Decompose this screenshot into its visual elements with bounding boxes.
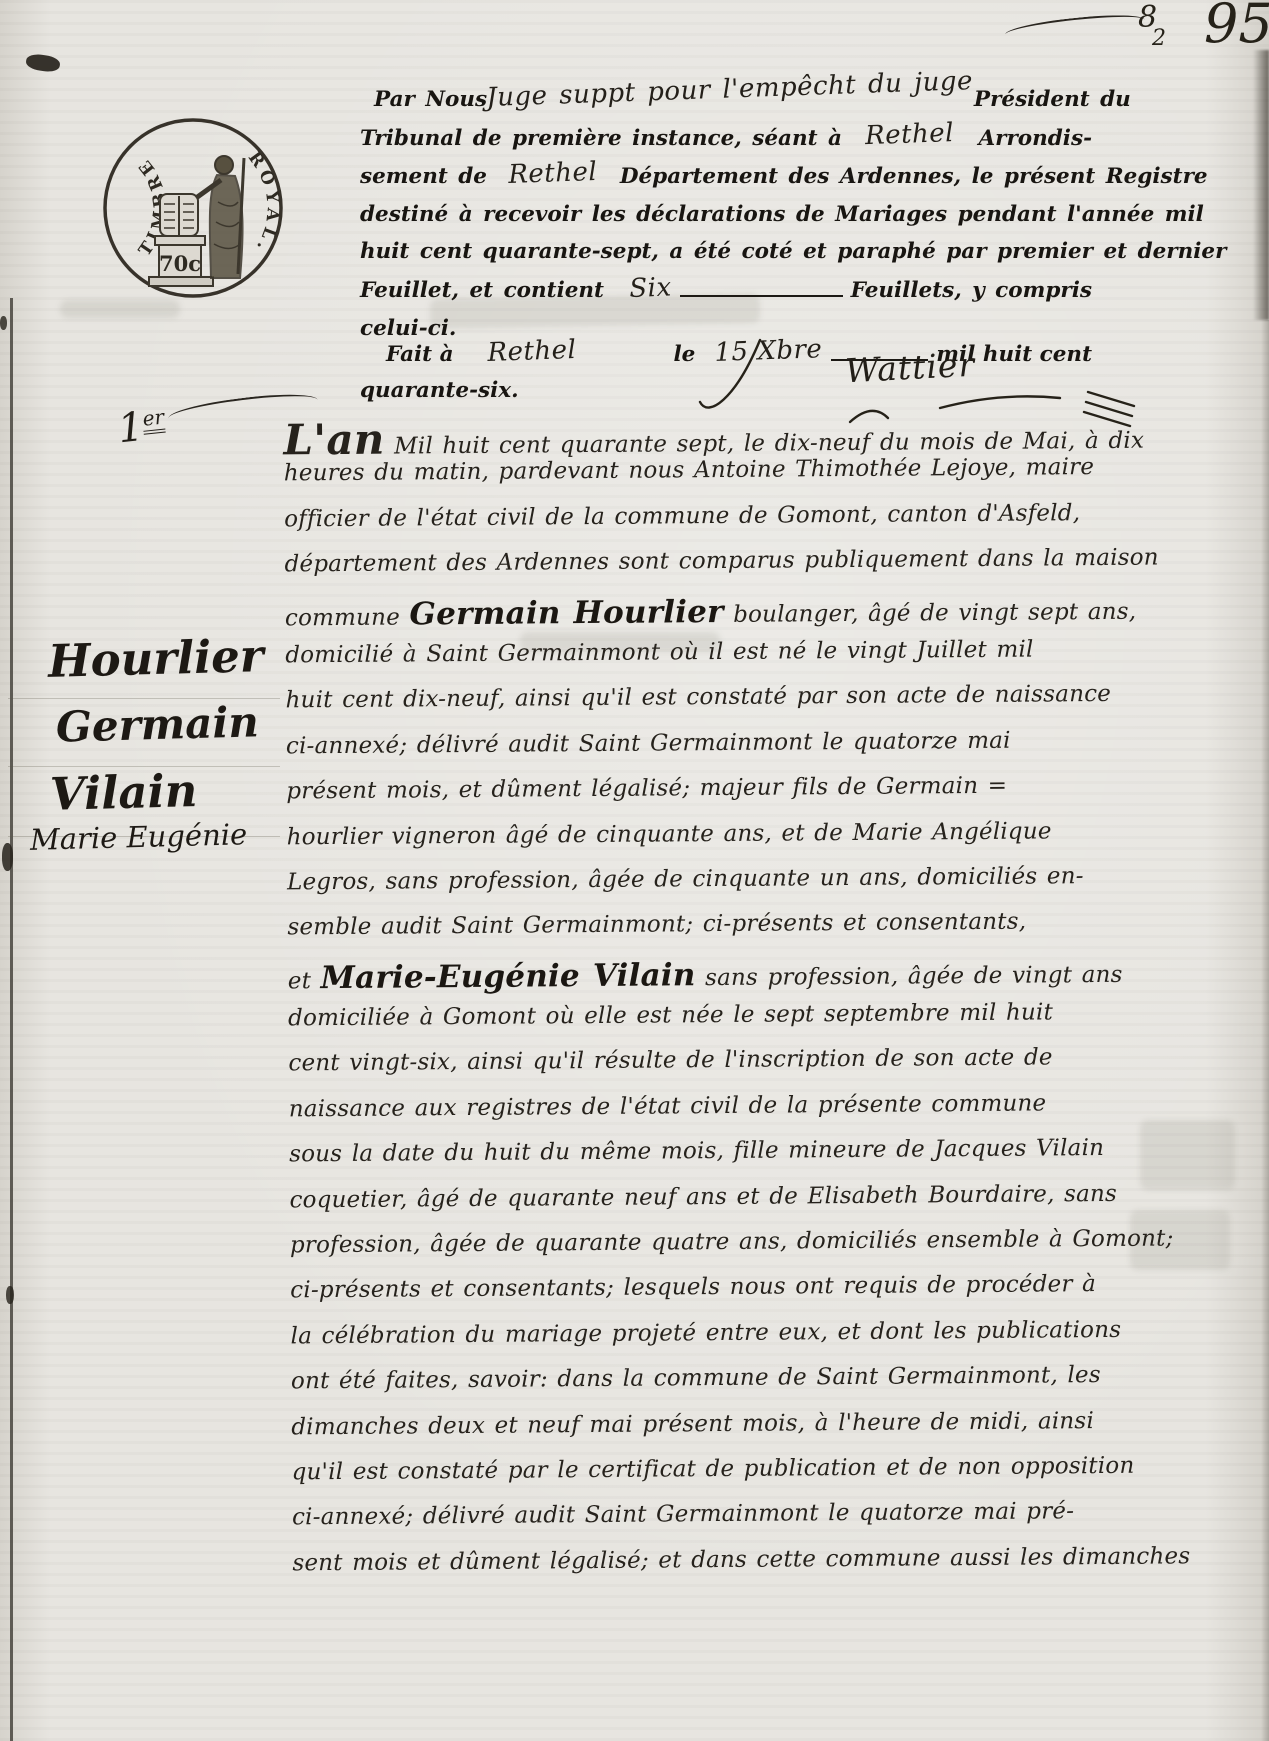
- act-line: officier de l'état civil de la commune d…: [284, 499, 1150, 551]
- handwritten-insert: Rethel: [508, 154, 598, 195]
- header-line: Feuillet, et contient Six Feuillets, y c…: [360, 271, 1092, 310]
- act-line: ont été faites, savoir: dans la commune …: [291, 1362, 1157, 1414]
- groom-name: Germain Hourlier: [409, 594, 723, 632]
- corner-mark: 2: [1152, 26, 1166, 51]
- printed-text: destiné à recevoir les déclarations de M…: [360, 196, 1204, 234]
- printed-header: Par Nous Juge suppt pour l'empêcht du ju…: [360, 80, 1092, 347]
- act-line: hourlier vigneron âgé de cinquante ans, …: [287, 817, 1153, 869]
- act-line: ci-annexé; délivré audit Saint Germainmo…: [292, 1498, 1158, 1550]
- scan-edge-shadow: [1253, 50, 1269, 320]
- act-number: 1er: [116, 402, 167, 453]
- act-line: département des Ardennes sont comparus p…: [284, 545, 1150, 597]
- stamp-engraving: TIMBRE ROYAL. 70c: [97, 112, 289, 304]
- scanned-register-page: 8 2 95 TIMBRE ROYAL.: [0, 0, 1269, 1741]
- header-line: Tribunal de première instance, séant à R…: [360, 119, 1092, 158]
- ink-blot: [2, 843, 13, 871]
- printed-text: Département des Ardennes, le présent Reg…: [620, 158, 1208, 196]
- corner-mark: 95: [1204, 0, 1269, 55]
- act-line: ci-annexé; délivré audit Saint Germainmo…: [286, 726, 1152, 778]
- ink-blot: [25, 53, 61, 74]
- act-line: naissance aux registres de l'état civil …: [289, 1089, 1155, 1141]
- printed-text: Tribunal de première instance, séant à: [360, 120, 842, 158]
- printed-text: huit cent quarante-sept, a été coté et p…: [360, 233, 1226, 271]
- margin-name: Vilain: [49, 764, 198, 821]
- bride-name: Marie-Eugénie Vilain: [320, 957, 695, 996]
- margin-name: Germain: [55, 697, 259, 751]
- ruled-blank: [680, 295, 842, 297]
- act-line: sous la date du huit du même mois, fille…: [289, 1135, 1155, 1187]
- stamp-value: 70c: [159, 251, 201, 276]
- header-line: Par Nous Juge suppt pour l'empêcht du ju…: [360, 80, 1092, 119]
- printed-text: Arrondis-: [978, 120, 1092, 158]
- act-line: commune Germain Hourlier boulanger, âgé …: [285, 590, 1151, 642]
- printed-text: Président du: [974, 81, 1131, 119]
- printed-text: Feuillet, et contient: [360, 272, 604, 310]
- act-line: semble audit Saint Germainmont; ci-prése…: [287, 908, 1153, 960]
- printed-text: Feuillets, y compris: [851, 272, 1092, 310]
- act-line: domiciliée à Gomont où elle est née le s…: [288, 999, 1154, 1051]
- printed-text: Fait à: [360, 342, 454, 367]
- stamp-text-right: ROYAL.: [244, 148, 283, 258]
- act-line: heures du matin, pardevant nous Antoine …: [284, 454, 1150, 506]
- ink-flourish: [1004, 11, 1145, 44]
- margin-name: Marie Eugénie: [30, 817, 248, 857]
- act-line: sent mois et dûment légalisé; et dans ce…: [292, 1543, 1158, 1595]
- act-line: dimanches deux et neuf mai présent mois,…: [291, 1407, 1157, 1459]
- printed-text: sement de: [360, 158, 487, 196]
- scan-edge-shadow: [1261, 320, 1269, 1741]
- act-line: profession, âgée de quarante quatre ans,…: [290, 1226, 1156, 1278]
- margin-name: Hourlier: [47, 629, 264, 688]
- act-line: qu'il est constaté par le certificat de …: [292, 1453, 1158, 1505]
- binding-line: [10, 298, 13, 1741]
- act-line: domicilié à Saint Germainmont où il est …: [285, 636, 1151, 688]
- handwritten-insert: Rethel: [841, 114, 979, 156]
- printed-text: quarante-six.: [360, 378, 519, 403]
- act-line: L'an Mil huit cent quarante sept, le dix…: [283, 409, 1149, 461]
- printed-text: Par Nous: [374, 81, 487, 119]
- act-line: coquetier, âgé de quarante neuf ans et d…: [289, 1180, 1155, 1232]
- handwritten-insert: Six: [629, 270, 673, 309]
- act-line: présent mois, et dûment légalisé; majeur…: [286, 772, 1152, 824]
- ink-blot: [0, 316, 7, 330]
- act-line: huit cent dix-neuf, ainsi qu'il est cons…: [286, 681, 1152, 733]
- act-line: et Marie-Eugénie Vilain sans profession,…: [288, 953, 1154, 1005]
- handwritten-insert: Juge suppt pour l'empêcht du juge: [486, 63, 974, 118]
- timbre-royal-stamp: TIMBRE ROYAL. 70c: [97, 112, 289, 304]
- ink-blot: [6, 1286, 14, 1304]
- act-line: la célébration du mariage projeté entre …: [291, 1316, 1157, 1368]
- header-line: huit cent quarante-sept, a été coté et p…: [360, 233, 1092, 271]
- act-line: cent vingt-six, ainsi qu'il résulte de l…: [288, 1044, 1154, 1096]
- header-line: destiné à recevoir les déclarations de M…: [360, 196, 1092, 234]
- act-line: Legros, sans profession, âgée de cinquan…: [287, 863, 1153, 915]
- act-body: L'an Mil huit cent quarante sept, le dix…: [283, 409, 1158, 1596]
- handwritten-place: Rethel: [486, 335, 576, 368]
- act-line: ci-présents et consentants; lesquels nou…: [290, 1271, 1156, 1323]
- header-line: sement de Rethel Département des Ardenne…: [360, 157, 1092, 196]
